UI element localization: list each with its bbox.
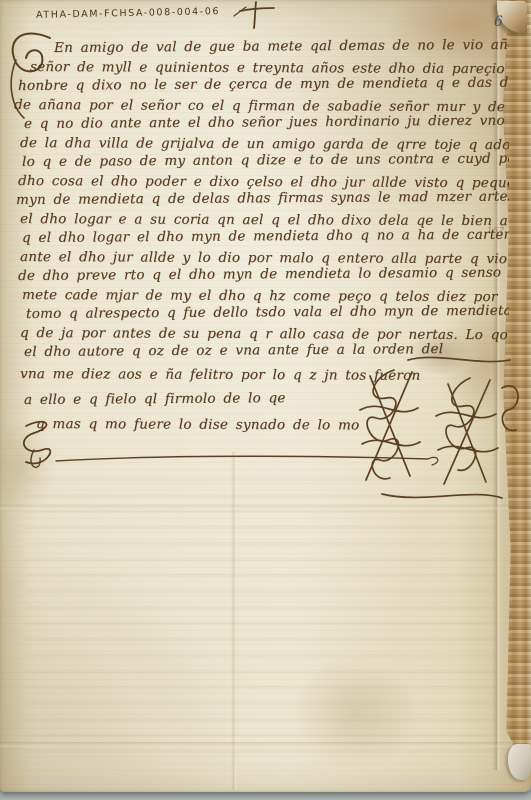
- text-line: honbre q dixo no le ser de çerca de myn …: [18, 74, 509, 94]
- text-line: q el dho logar el dho myn de mendieta dh…: [22, 226, 509, 246]
- signature-rubric: [352, 356, 528, 508]
- text-line: tomo q alrespecto q fue dello tsdo vala …: [26, 303, 509, 322]
- text-line: de dho preve rto q el dho myn de mendiet…: [18, 264, 509, 284]
- text-line: En amigo de val de gue ba mete qal demas…: [54, 37, 509, 56]
- text-line: lo q e de paso de my anton q dize e to d…: [22, 150, 509, 170]
- manuscript-scan: { "header": { "archival_reference": "ATH…: [0, 0, 531, 800]
- text-line: e q no dio ante ante el dho señor jues h…: [24, 112, 509, 132]
- verso-showthrough: [26, 478, 496, 754]
- text-line: a ello e q fielo ql firmolo de lo qe: [24, 390, 286, 408]
- text-line: myn de mendieta q de delas dhas firmas s…: [16, 188, 509, 208]
- torn-edge-bottom-right: [508, 744, 531, 780]
